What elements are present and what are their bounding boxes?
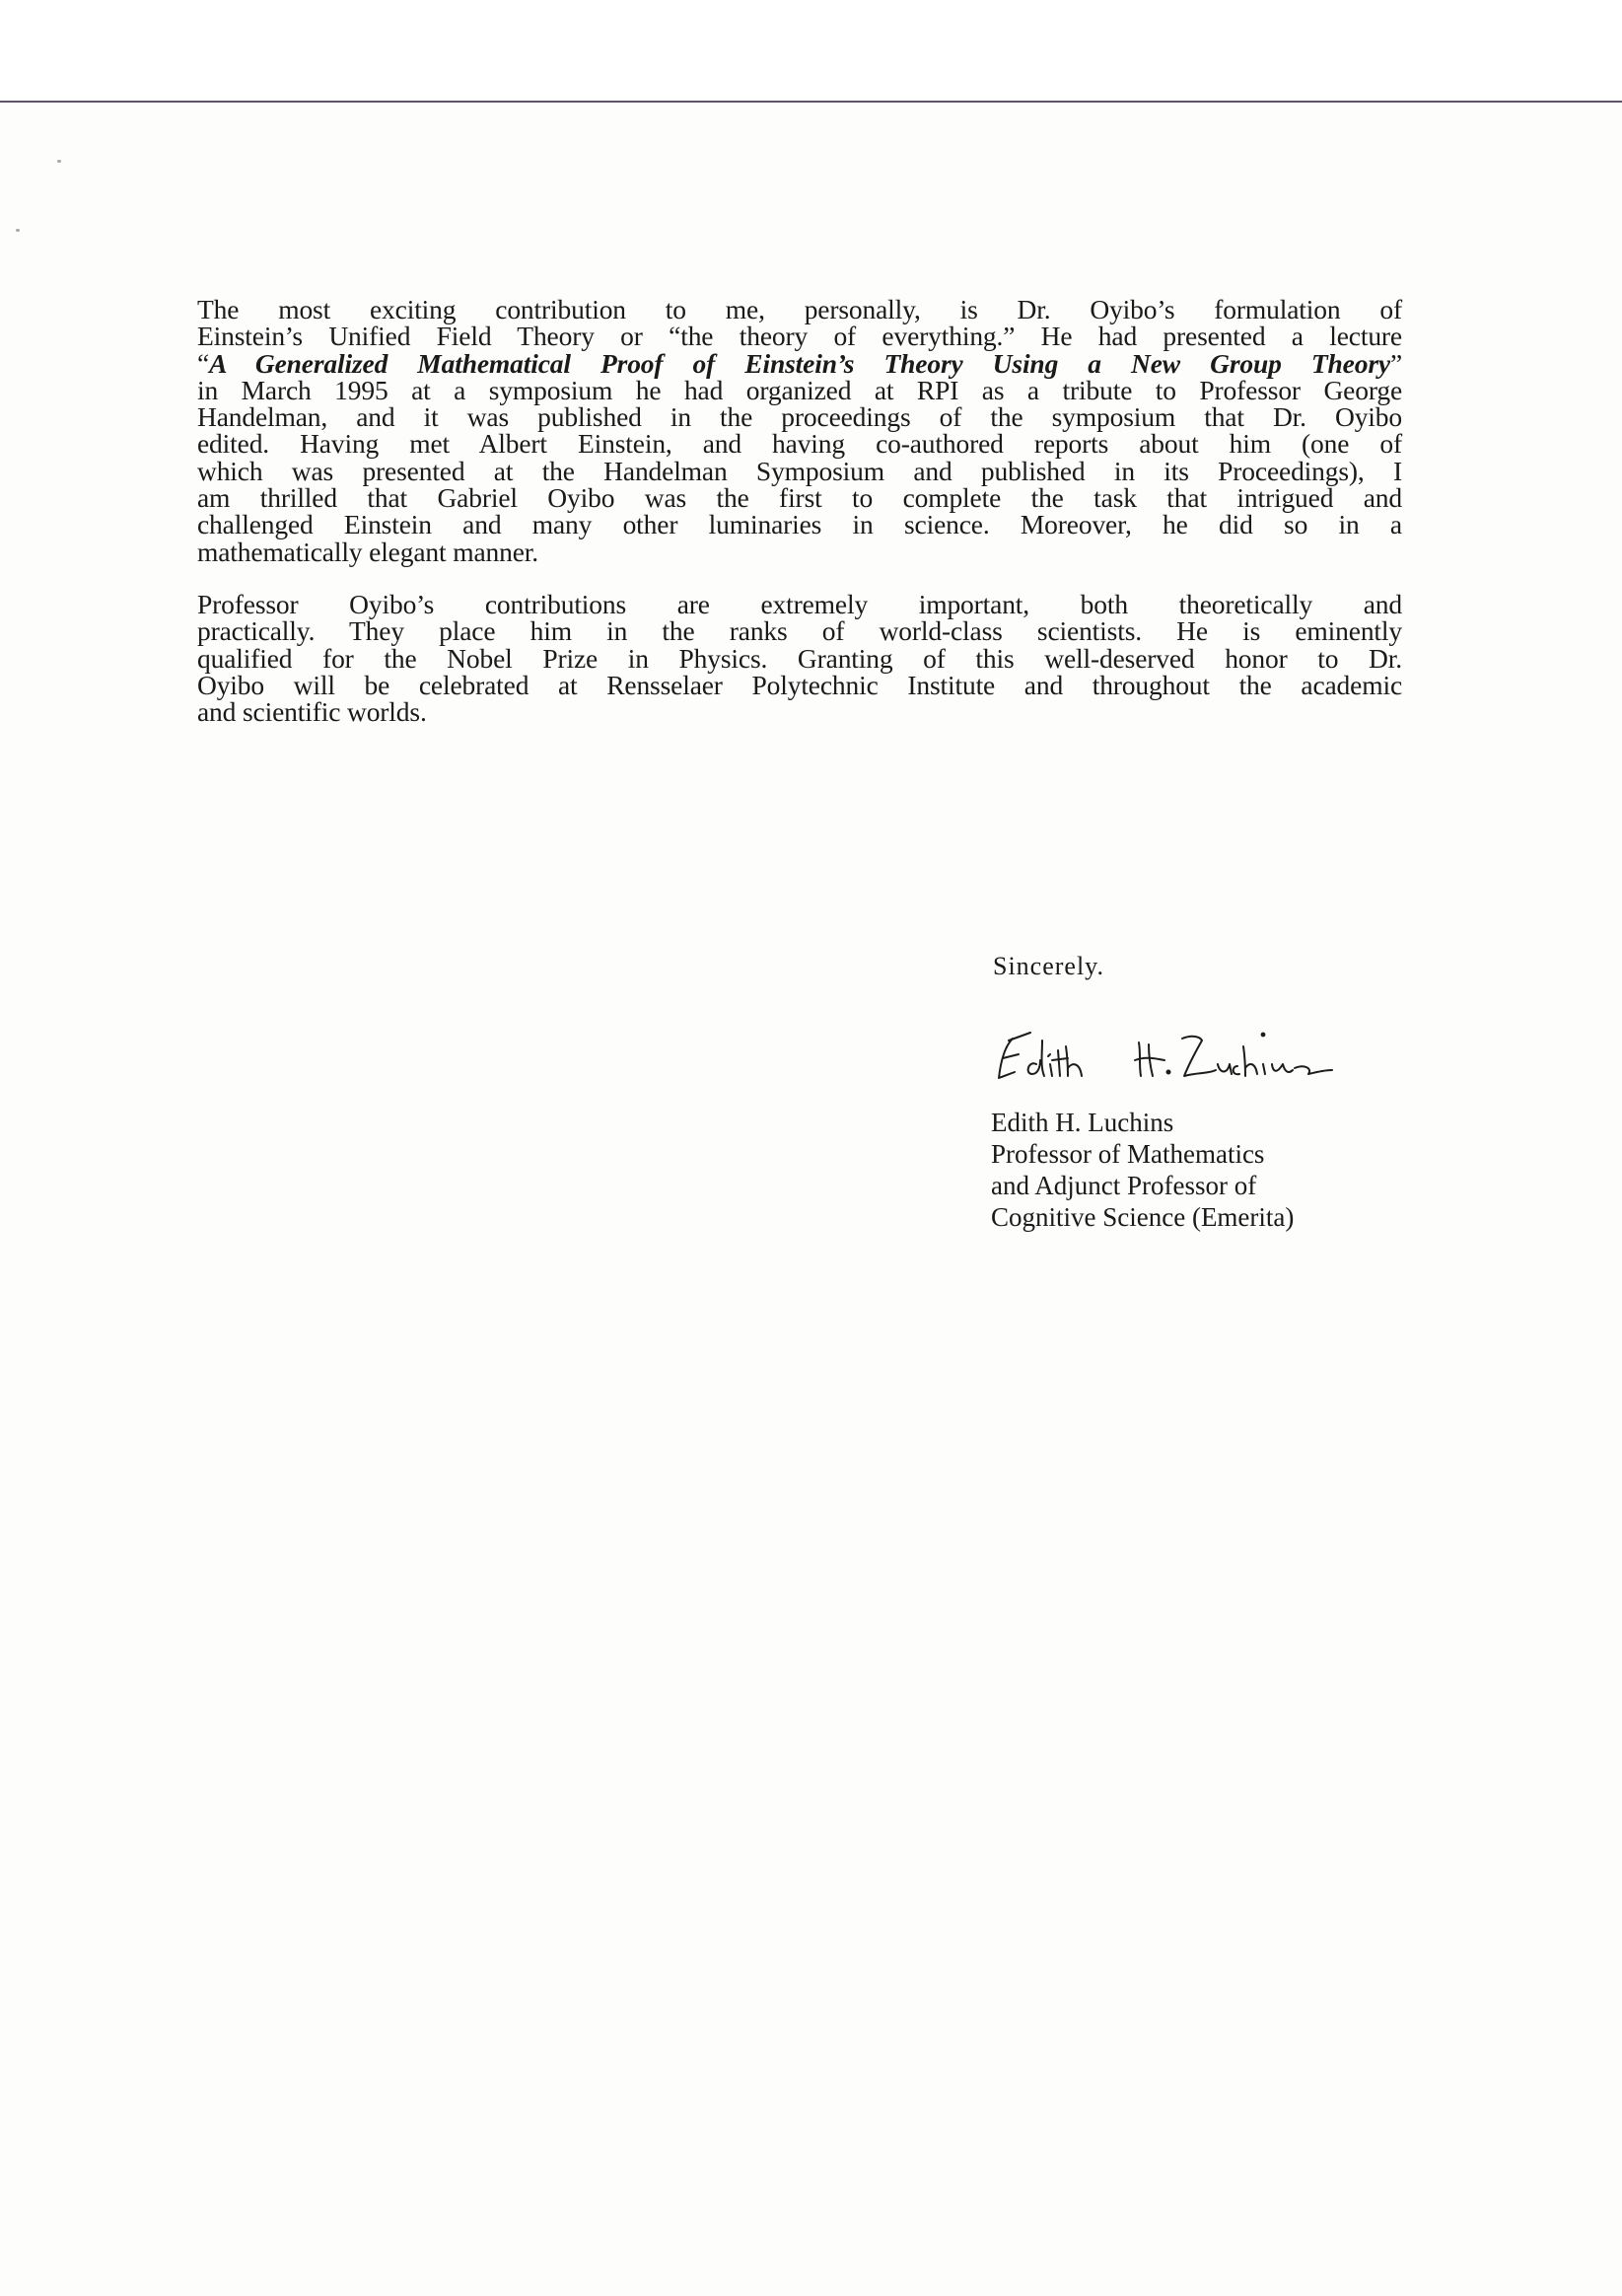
text-line: Professor Oyibo’s contributions are extr… [197,591,1402,617]
text-line: and scientific worlds. [197,698,1402,725]
text-line: am thrilled that Gabriel Oyibo was the f… [197,484,1402,511]
text-line: challenged Einstein and many other lumin… [197,511,1402,538]
text-line: The most exciting contribution to me, pe… [197,296,1402,323]
text-line: which was presented at the Handelman Sym… [197,458,1402,484]
text-line: Handelman, and it was published in the p… [197,403,1402,430]
text-line: practically. They place him in the ranks… [197,617,1402,644]
signatory-title-line: Professor of Mathematics [991,1138,1294,1170]
signatory-title-line: Cognitive Science (Emerita) [991,1201,1294,1233]
lecture-title-line: “A Generalized Mathematical Proof of Ein… [197,350,1402,377]
lecture-title: A Generalized Mathematical Proof of Eins… [209,348,1390,379]
scan-speck [16,229,20,232]
text-line: qualified for the Nobel Prize in Physics… [197,645,1402,672]
text-line: in March 1995 at a symposium he had orga… [197,377,1402,403]
paragraph-2: Professor Oyibo’s contributions are extr… [197,591,1402,725]
signatory-name: Edith H. Luchins [991,1107,1294,1138]
text-line: Einstein’s Unified Field Theory or “the … [197,323,1402,349]
handwritten-signature: Edith H. Luchins [991,1021,1366,1090]
text-line: Oyibo will be celebrated at Rensselaer P… [197,672,1402,698]
letter-body: The most exciting contribution to me, pe… [197,296,1402,751]
signatory-block: Edith H. Luchins Professor of Mathematic… [991,1107,1294,1233]
text-line: mathematically elegant manner. [197,538,1402,565]
page-edge-line [0,101,1622,103]
closing: Sincerely. [993,952,1104,981]
paragraph-1: The most exciting contribution to me, pe… [197,296,1402,565]
scan-top-margin [0,0,1622,101]
text-line: edited. Having met Albert Einstein, and … [197,430,1402,457]
signatory-title-line: and Adjunct Professor of [991,1170,1294,1201]
scan-speck [57,160,61,163]
